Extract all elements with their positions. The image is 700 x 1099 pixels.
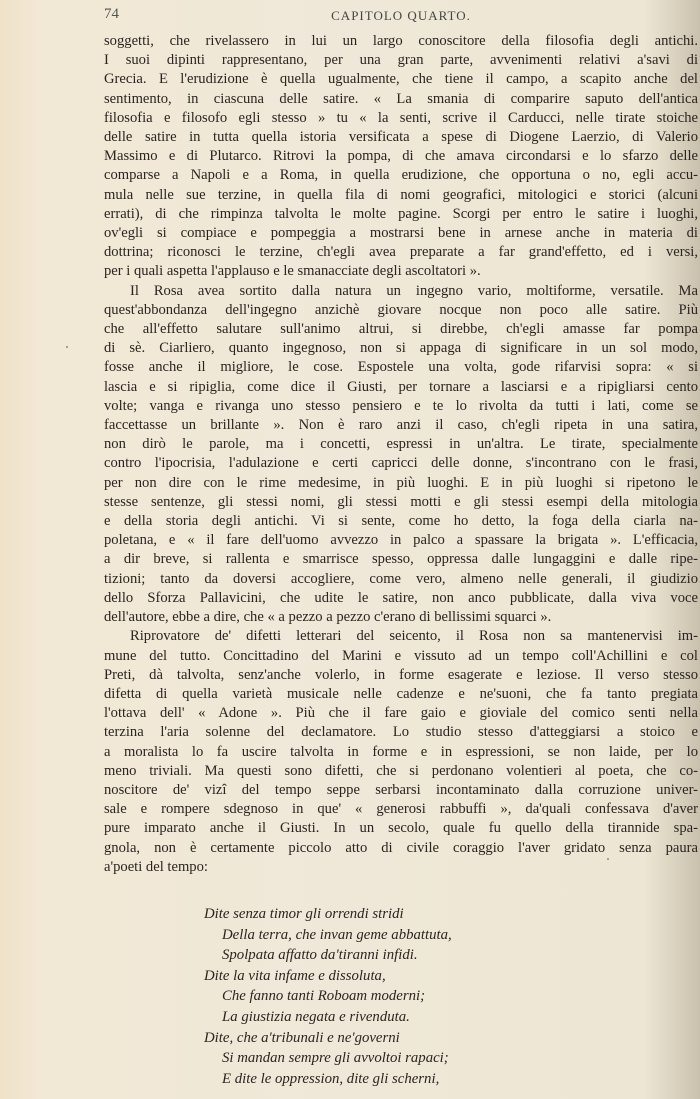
text-line: fosse anche il migliore, le cose. Espost… [104,358,698,377]
paragraph-1: soggetti, che rivelassero in lui un larg… [104,32,698,282]
text-line: dell'autore, ebbe a dire, che « a pezzo … [104,608,698,627]
text-line: Preti, dà talvolta, senz'anche volerlo, … [104,666,698,685]
text-line: mune del tutto. Concittadino del Marini … [104,647,698,666]
text-line: errati), di che rimpinza talvolta le mol… [104,205,698,224]
text-line: Grecia. E l'erudizione è quella ugualmen… [104,70,698,89]
text-line: sentimento, in ciascuna delle satire. « … [104,90,698,109]
text-line: soggetti, che rivelassero in lui un larg… [104,32,698,51]
dust-speck [66,346,68,348]
text-line: comparse a Napoli e a Roma, in quella er… [104,166,698,185]
text-line: contro l'ipocrisia, l'adulazione e certi… [104,454,698,473]
paragraph-2: Il Rosa avea sortito dalla natura un ing… [104,282,698,628]
text-line: ov'egli si compiace e pompeggia a mostra… [104,224,698,243]
text-line: meno triviali. Ma questi sono difetti, c… [104,762,698,781]
text-line: e della storia degli antichi. Vi si sent… [104,512,698,531]
text-line: volte; vanga e rivanga uno stesso pensie… [104,397,698,416]
book-page: 74 CAPITOLO QUARTO. soggetti, che rivela… [104,0,698,1089]
poem-verse: Dite la vita infame e dissoluta, [204,966,698,987]
text-line: a moralista lo fa uscire talvolta in for… [104,743,698,762]
text-line: dello Sforza Pallavicini, che udite le s… [104,589,698,608]
text-line: tizioni; tanto da doversi accogliere, co… [104,570,698,589]
text-line: pure imparato anche il Giusti. In un sec… [104,819,698,838]
body-text: soggetti, che rivelassero in lui un larg… [104,32,698,877]
poem-verse: Della terra, che invan geme abbattuta, [204,925,698,946]
text-line: mula nelle sue terzine, in quella fila d… [104,186,698,205]
poem-verse: La giustizia negata e rivenduta. [204,1007,698,1028]
poem-verse: Si mandan sempre gli avvoltoi rapaci; [204,1048,698,1069]
poem-verse: Dite senza timor gli orrendi stridi [204,904,698,925]
page-header: 74 CAPITOLO QUARTO. [104,6,698,32]
text-line: Il Rosa avea sortito dalla natura un ing… [104,282,698,301]
text-line: filosofia e filosofo egli stesso » tu « … [104,109,698,128]
text-line: lascia e si ripiglia, come dice il Giust… [104,378,698,397]
text-line: l'ottava dell' « Adone ». Più che il far… [104,704,698,723]
poem-verse: Che fanno tanti Roboam moderni; [204,986,698,1007]
dust-speck [607,858,609,860]
poem-verse: Spolpata affatto da'tiranni infidi. [204,945,698,966]
text-line: dottrina; riconosci le terzine, ch'egli … [104,243,698,262]
poem-verse: Dite, che a'tribunali e ne'governi [204,1028,698,1049]
running-title: CAPITOLO QUARTO. [104,8,698,24]
text-line: stesse sentenze, gli stessi nomi, gli st… [104,493,698,512]
text-line: a'poeti del tempo: [104,858,698,877]
text-line: delle satire in tutta quella istoria ver… [104,128,698,147]
text-line: che all'effetto salutare sull'animo altr… [104,320,698,339]
text-line: faccettasse un brillante ». Non è raro a… [104,416,698,435]
text-line: di sè. Ciarliero, quanto ingegnoso, non … [104,339,698,358]
text-line: I suoi dipinti rappresentano, per una gr… [104,51,698,70]
text-line: poletana, e « il fare dell'uomo avvezzo … [104,531,698,550]
text-line: sale e rompere sdegnoso in que' « genero… [104,800,698,819]
text-line: a dir breve, si rallenta e smarrisce spe… [104,550,698,569]
text-line: quest'abbondanza dell'ingegno anzichè gi… [104,301,698,320]
text-line: terzina l'aria solenne del declamatore. … [104,723,698,742]
text-line: difetta di quella varietà musicale nelle… [104,685,698,704]
text-line: per non dire con le rime medesime, in pi… [104,474,698,493]
text-line: per i quali aspetta l'applauso e le sman… [104,262,698,281]
text-line: noscitore de' vizî del tempo seppe serba… [104,781,698,800]
poem-verse: E dite le oppression, dite gli scherni, [204,1069,698,1090]
text-line: gnola, non è certamente piccolo atto di … [104,839,698,858]
text-line: Riprovatore de' difetti letterari del se… [104,627,698,646]
poem-quotation: Dite senza timor gli orrendi stridiDella… [204,904,698,1089]
paragraph-3: Riprovatore de' difetti letterari del se… [104,627,698,877]
text-line: non dirò le parole, ma i concetti, espre… [104,435,698,454]
text-line: Massimo e di Plutarco. Ritrovi la pompa,… [104,147,698,166]
